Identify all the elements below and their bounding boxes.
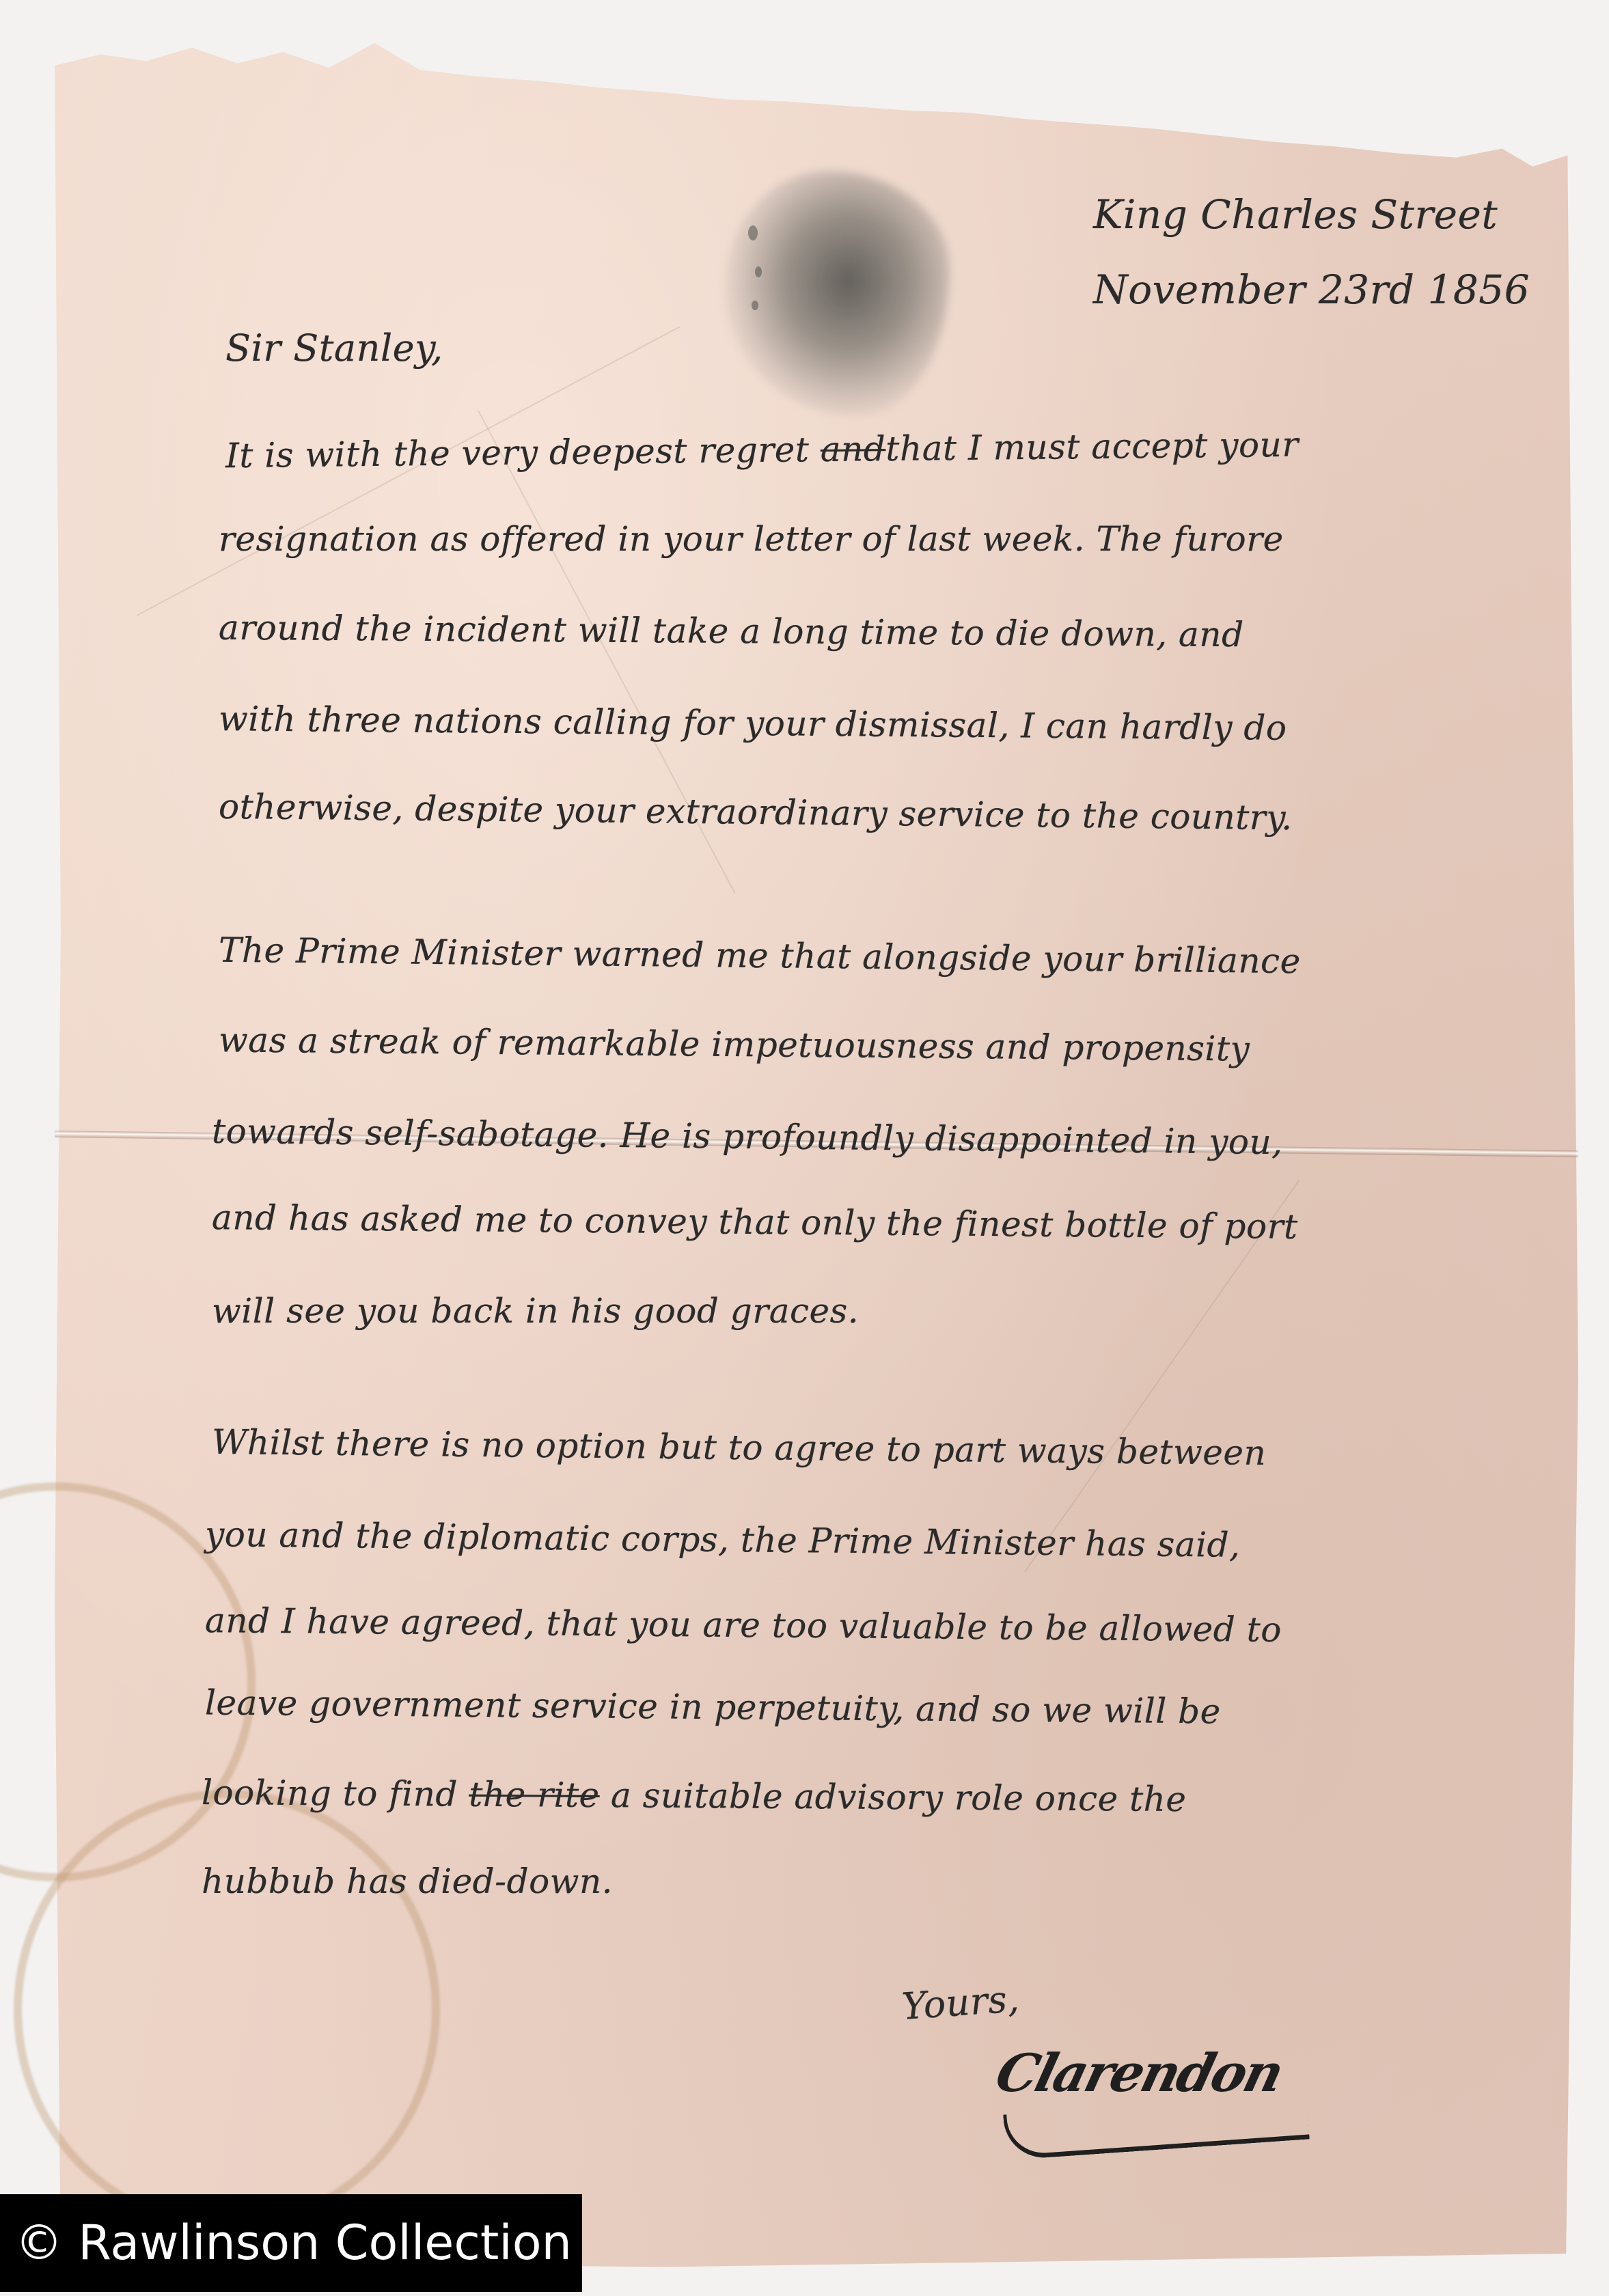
body-line: hubbub has died-down. [202,1862,613,1901]
coffee-ring-stain [14,1790,440,2230]
line-text: It is with the very deepest regret [225,430,821,475]
body-line: around the incident will take a long tim… [219,608,1244,654]
salutation: Sir Stanley, [225,327,443,370]
body-line: looking to find the rite a suitable advi… [202,1773,1187,1819]
letter-date: November 23rd 1856 [1093,266,1530,313]
ink-drop [748,225,758,240]
copyright-watermark: © Rawlinson Collection [0,2194,582,2292]
line-text: a suitable advisory role once the [599,1775,1186,1819]
line-text: looking to find [202,1773,469,1814]
struck-out-word: the rite [469,1775,600,1815]
scanned-letter-page: King Charles Street November 23rd 1856 S… [0,0,1609,2296]
line-text: that I must accept your [885,425,1299,469]
closing: Yours, [900,1977,1021,2028]
address-street: King Charles Street [1093,191,1498,238]
signature: Clarendon [990,2043,1289,2103]
struck-out-word: and [821,429,886,469]
ink-drop [755,266,762,277]
body-line: resignation as offered in your letter of… [219,519,1284,559]
body-line: will see you back in his good graces. [212,1291,859,1331]
ink-drop [752,301,758,310]
